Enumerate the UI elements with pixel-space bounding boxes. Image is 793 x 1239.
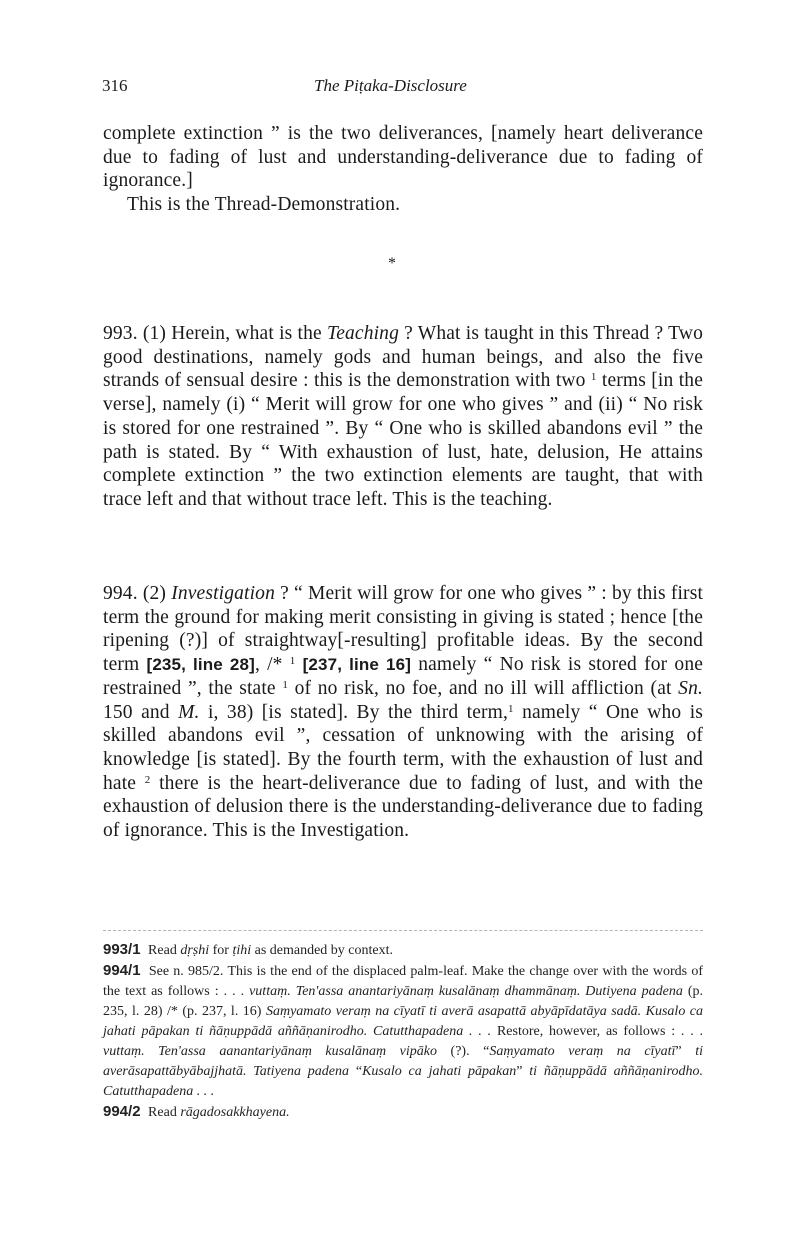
footnote-text: ” [675,1044,681,1059]
para-994-text: 150 and [103,702,170,723]
continuation-paragraph: complete extinction ” is the two deliver… [103,122,703,217]
footnote-text: Read [148,943,177,958]
paragraph-993: 993. (1) Herein, what is the Teaching ? … [103,322,703,512]
footnote-994-1: 994/1 See n. 985/2. This is the end of t… [103,961,703,1102]
continuation-closing: This is the Thread-Demonstration. [103,193,703,217]
footnote-italic: ṭihi [232,943,251,958]
footnote-marker[interactable]: 1 [508,703,514,715]
page-reference: [235, line 28] [147,655,255,674]
footnote-divider [103,930,703,931]
footnote-italic: Saṃyamato veraṃ na cīyatī [489,1044,675,1059]
page-number: 316 [102,76,128,96]
footnote-text: for [213,943,229,958]
footnote-italic: Kusalo ca jahati pāpakan [362,1064,516,1079]
footnote-marker[interactable]: 2 [145,774,151,786]
footnote-italic: dṛṣhi [180,943,209,958]
footnote-marker[interactable]: 1 [290,655,296,667]
footnote-text: as demanded by context. [255,943,393,958]
footnote-italic: vuttaṃ. Ten'assa aanantariyānaṃ kusalāna… [103,1044,437,1059]
running-title: The Piṭaka-Disclosure [314,76,467,96]
footnote-italic: vuttaṃ. Ten'assa anantariyānaṃ kusalānaṃ… [249,984,683,999]
footnote-text: (?). “ [451,1044,490,1059]
para-994-number: 994. (2) [103,583,166,604]
citation: Sn. [678,678,703,699]
paragraph-994: 994. (2) Investigation ? “ Merit will gr… [103,582,703,843]
para-994-text: , /* [255,654,283,675]
footnote-label: 993/1 [103,941,141,958]
book-page: 316 The Piṭaka-Disclosure complete extin… [0,0,793,1239]
citation: M. [178,702,199,723]
footnote-993-1: 993/1 Read dṛṣhi for ṭihi as demanded by… [103,940,703,961]
footnote-label: 994/2 [103,1103,141,1120]
footnote-text: ” [516,1064,522,1079]
para-994-text: there is the heart-deliverance due to fa… [103,773,703,841]
section-separator-asterisk: * [388,255,396,273]
continuation-text: complete extinction ” is the two deliver… [103,122,703,193]
page-reference: [237, line 16] [303,655,411,674]
para-993-term: Teaching [327,323,399,344]
footnote-italic: rāgadosakkhayena. [180,1105,289,1120]
footnote-text: Restore, however, as follows : . . . [497,1024,703,1039]
footnote-marker[interactable]: 1 [591,371,597,383]
para-994-text: i, 38) [is stated]. By the third term, [208,702,508,723]
para-994-term: Investigation [171,583,275,604]
footnote-text: Read [148,1105,177,1120]
footnotes: 993/1 Read dṛṣhi for ṭihi as demanded by… [103,940,703,1123]
footnote-marker[interactable]: 1 [282,679,288,691]
para-994-text: of no risk, no foe, and no ill will affl… [295,678,672,699]
running-head: 316 The Piṭaka-Disclosure [102,76,702,100]
footnote-994-2: 994/2 Read rāgadosakkhayena. [103,1102,703,1123]
para-993-number: 993. (1) Herein, what is the [103,323,322,344]
footnote-label: 994/1 [103,962,141,979]
